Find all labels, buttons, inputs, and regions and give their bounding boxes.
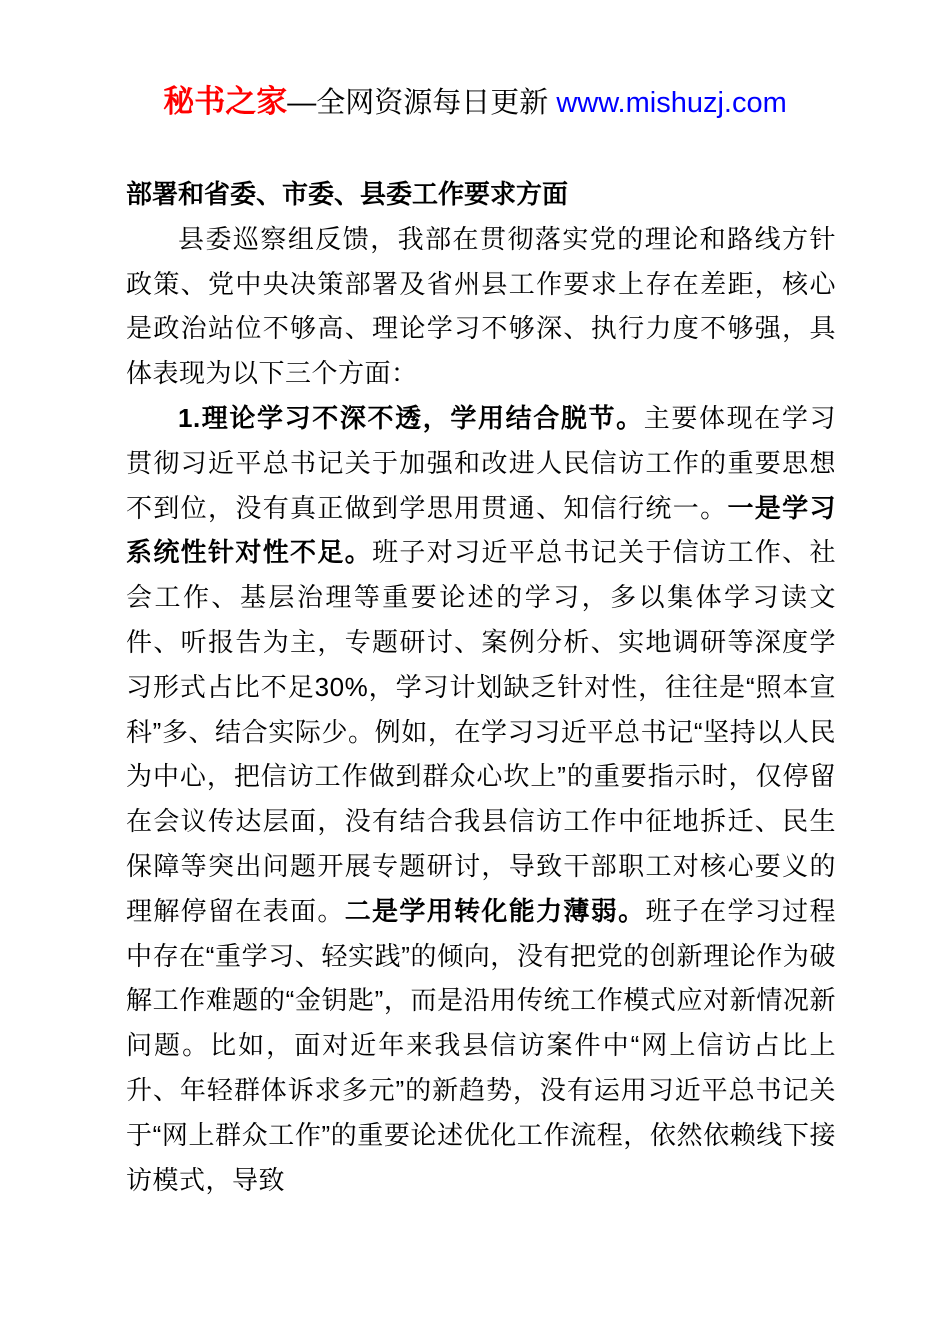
site-tagline-text: —全网资源每日更新: [287, 87, 556, 119]
text-run: 班子对习近平总书记关于信访工作、社会工作、基层治理等重要论述的学习，多以集体学习…: [126, 537, 836, 925]
bold-text-run: 二是学用转化能力薄弱。: [345, 896, 646, 926]
site-brand-text: 秘书之家: [163, 84, 287, 119]
site-url-link[interactable]: www.mishuzj.com: [556, 87, 786, 119]
paragraph: 1.理论学习不深不透，学用结合脱节。主要体现在学习贯彻习近平总书记关于加强和改进…: [126, 396, 836, 1202]
document-page: 秘书之家—全网资源每日更新 www.mishuzj.com 部署和省委、市委、县…: [0, 0, 950, 1344]
site-watermark-header: 秘书之家—全网资源每日更新 www.mishuzj.com: [0, 85, 950, 120]
paragraph: 县委巡察组反馈，我部在贯彻落实党的理论和路线方针政策、党中央决策部署及省州县工作…: [126, 217, 836, 396]
document-body: 县委巡察组反馈，我部在贯彻落实党的理论和路线方针政策、党中央决策部署及省州县工作…: [126, 217, 836, 1203]
document-title: 部署和省委、市委、县委工作要求方面: [126, 172, 836, 217]
bold-text-run: 1.理论学习不深不透，学用结合脱节。: [178, 403, 644, 433]
text-run: 班子在学习过程中存在“重学习、轻实践”的倾向，没有把党的创新理论作为破解工作难题…: [126, 896, 836, 1195]
document-body-container: 部署和省委、市委、县委工作要求方面 县委巡察组反馈，我部在贯彻落实党的理论和路线…: [126, 172, 836, 1202]
text-run: 县委巡察组反馈，我部在贯彻落实党的理论和路线方针政策、党中央决策部署及省州县工作…: [126, 224, 836, 388]
